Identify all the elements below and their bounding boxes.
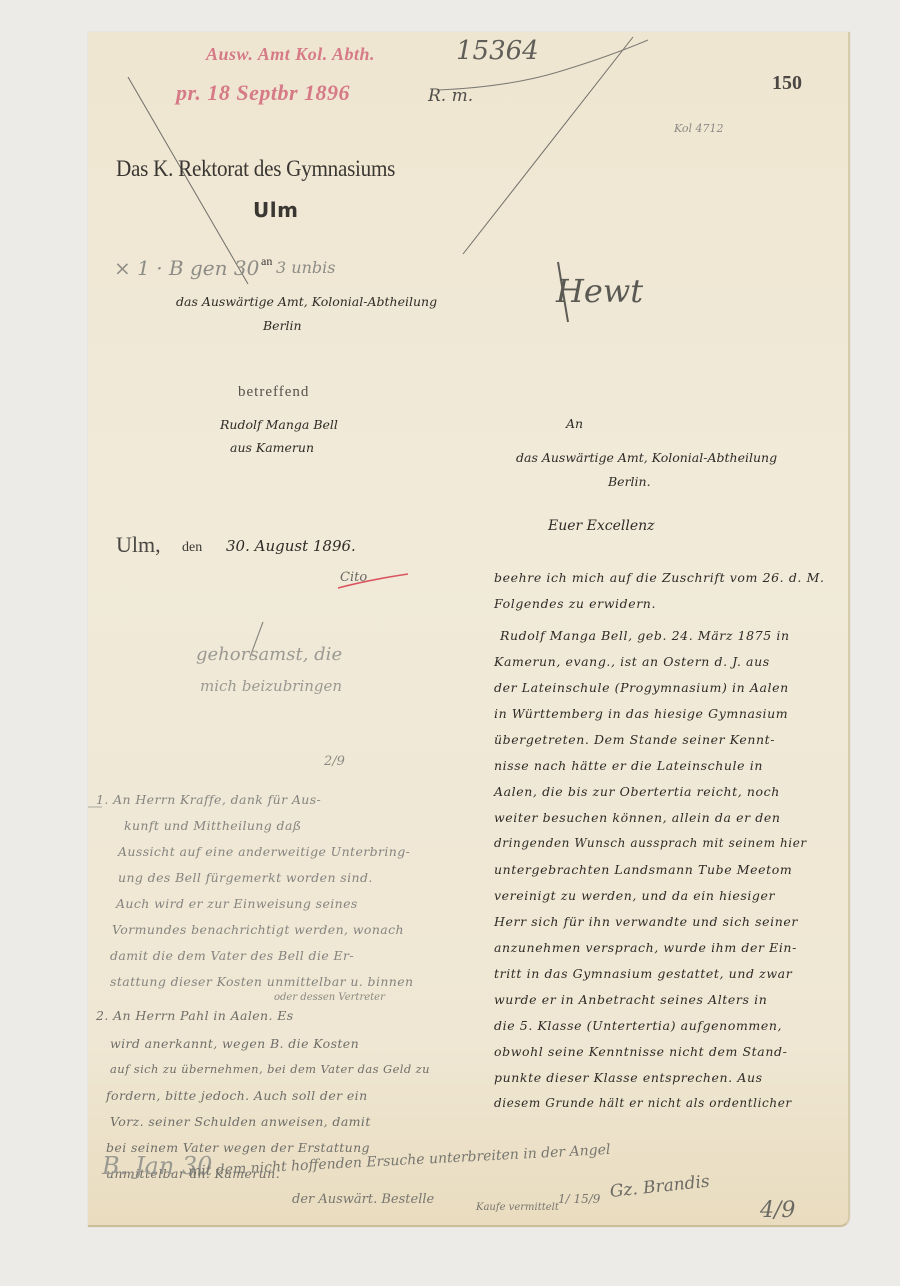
- pencil-reference: Kol 4712: [674, 122, 724, 135]
- body-line: beehre ich mich auf die Zuschrift vom 26…: [494, 570, 825, 585]
- draft-line: fordern, bitte jedoch. Auch soll der ein: [106, 1088, 368, 1103]
- pencil-signature-right: Hewt: [556, 272, 643, 310]
- pencil-bottom-fraction: 1/ 15/9: [558, 1192, 600, 1206]
- body-line: der Lateinschule (Progymnasium) in Aalen: [494, 680, 789, 695]
- body-line: in Württemberg in das hiesige Gymnasium: [494, 706, 788, 721]
- draft-line: wird anerkannt, wegen B. die Kosten: [110, 1036, 359, 1051]
- subject-line1: Rudolf Manga Bell: [220, 417, 338, 432]
- an-label: an: [261, 254, 272, 269]
- body-line: Rudolf Manga Bell, geb. 24. März 1875 in: [500, 628, 790, 643]
- body-line: anzunehmen versprach, wurde ihm der Ein-: [494, 940, 797, 955]
- draft-line: auf sich zu übernehmen, bei dem Vater da…: [110, 1062, 430, 1076]
- body-line: dringenden Wunsch aussprach mit seinem h…: [494, 836, 807, 850]
- red-underlined-note: Cito: [340, 570, 367, 585]
- draft-line: 1. An Herrn Kraffe, dank für Aus-: [96, 792, 321, 807]
- body-line: obwohl seine Kenntnisse nicht dem Stand-: [494, 1044, 787, 1059]
- body-line: Kamerun, evang., ist an Ostern d. J. aus: [494, 654, 770, 669]
- pencil-bottom-date: 4/9: [760, 1198, 795, 1223]
- den-label: den: [182, 540, 202, 556]
- body-line: vereinigt zu werden, und da ein hiesiger: [494, 888, 775, 903]
- body-line: Folgendes zu erwidern.: [494, 596, 656, 611]
- body-line: übergetreten. Dem Stande seiner Kennt-: [494, 732, 775, 747]
- recipient-line1: das Auswärtige Amt, Kolonial-Abtheilung: [176, 294, 437, 309]
- pencil-bottom-line2: der Auswärt. Bestelle: [292, 1192, 434, 1207]
- folio-number: 150: [772, 72, 802, 95]
- draft-line: Auch wird er zur Einweisung seines: [116, 896, 358, 911]
- pencil-note-after-an: 3 unbis: [276, 258, 335, 277]
- body-line: punkte dieser Klasse entsprechen. Aus: [494, 1070, 763, 1085]
- subject-line2: aus Kamerun: [230, 440, 314, 455]
- body-line: untergebrachten Landsmann Tube Meetom: [494, 862, 792, 877]
- pencil-note-middle-2: mich beizubringen: [200, 677, 342, 695]
- draft-line: Vorz. seiner Schulden anweisen, damit: [110, 1114, 371, 1129]
- registration-number: 15364: [456, 36, 539, 66]
- draft-line: kunft und Mittheilung daß: [124, 818, 302, 833]
- recipient-line2: Berlin: [263, 318, 302, 333]
- body-line: Herr sich für ihn verwandte und sich sei…: [494, 914, 798, 929]
- address-an: An: [566, 416, 583, 431]
- draft-line: damit die dem Vater des Bell die Er-: [110, 948, 354, 963]
- address-line1: das Auswärtige Amt, Kolonial-Abtheilung: [516, 450, 777, 465]
- draft-line: 2. An Herrn Pahl in Aalen. Es: [96, 1008, 294, 1023]
- place-printed: Ulm,: [116, 532, 161, 558]
- document-page: Ausw. Amt Kol. Abth. pr. 18 Septbr 1896 …: [88, 32, 850, 1227]
- address-line2: Berlin.: [608, 474, 651, 489]
- draft-insert: oder dessen Vertreter: [274, 992, 385, 1003]
- draft-line: ung des Bell fürgemerkt worden sind.: [118, 870, 373, 885]
- body-line: Aalen, die bis zur Obertertia reicht, no…: [494, 784, 780, 799]
- body-line: nisse nach hätte er die Lateinschule in: [494, 758, 763, 773]
- pencil-note-left: × 1 · B gen 30: [114, 256, 259, 280]
- draft-line: Aussicht auf eine anderweitige Unterbrin…: [118, 844, 410, 859]
- pencil-note-middle-1: gehorsamst, die: [196, 644, 342, 665]
- pencil-fraction: 2/9: [324, 754, 345, 769]
- body-line: tritt in das Gymnasium gestattet, und zw…: [494, 966, 792, 981]
- letterhead-institution: Das K. Rektorat des Gymnasiums: [116, 156, 395, 182]
- salutation: Euer Excellenz: [548, 518, 655, 534]
- draft-line: stattung dieser Kosten unmittelbar u. bi…: [110, 974, 414, 989]
- draft-line: Vormundes benachrichtigt werden, wonach: [112, 922, 404, 937]
- body-line: diesem Grunde hält er nicht als ordentli…: [494, 1096, 792, 1110]
- receipt-stamp-line2: pr. 18 Septbr 1896: [176, 80, 350, 106]
- body-line: wurde er in Anbetracht seines Alters in: [494, 992, 767, 1007]
- pencil-bottom-small: Kaufe vermittelt: [476, 1202, 559, 1213]
- receipt-stamp-line1: Ausw. Amt Kol. Abth.: [206, 44, 375, 65]
- initials-top: R. m.: [428, 86, 473, 106]
- body-line: weiter besuchen können, allein da er den: [494, 810, 781, 825]
- letterhead-city: Ulm: [253, 198, 298, 222]
- betreffend-label: betreffend: [238, 384, 309, 401]
- body-line: die 5. Klasse (Untertertia) aufgenommen,: [494, 1018, 782, 1033]
- letter-date: 30. August 1896.: [226, 537, 356, 555]
